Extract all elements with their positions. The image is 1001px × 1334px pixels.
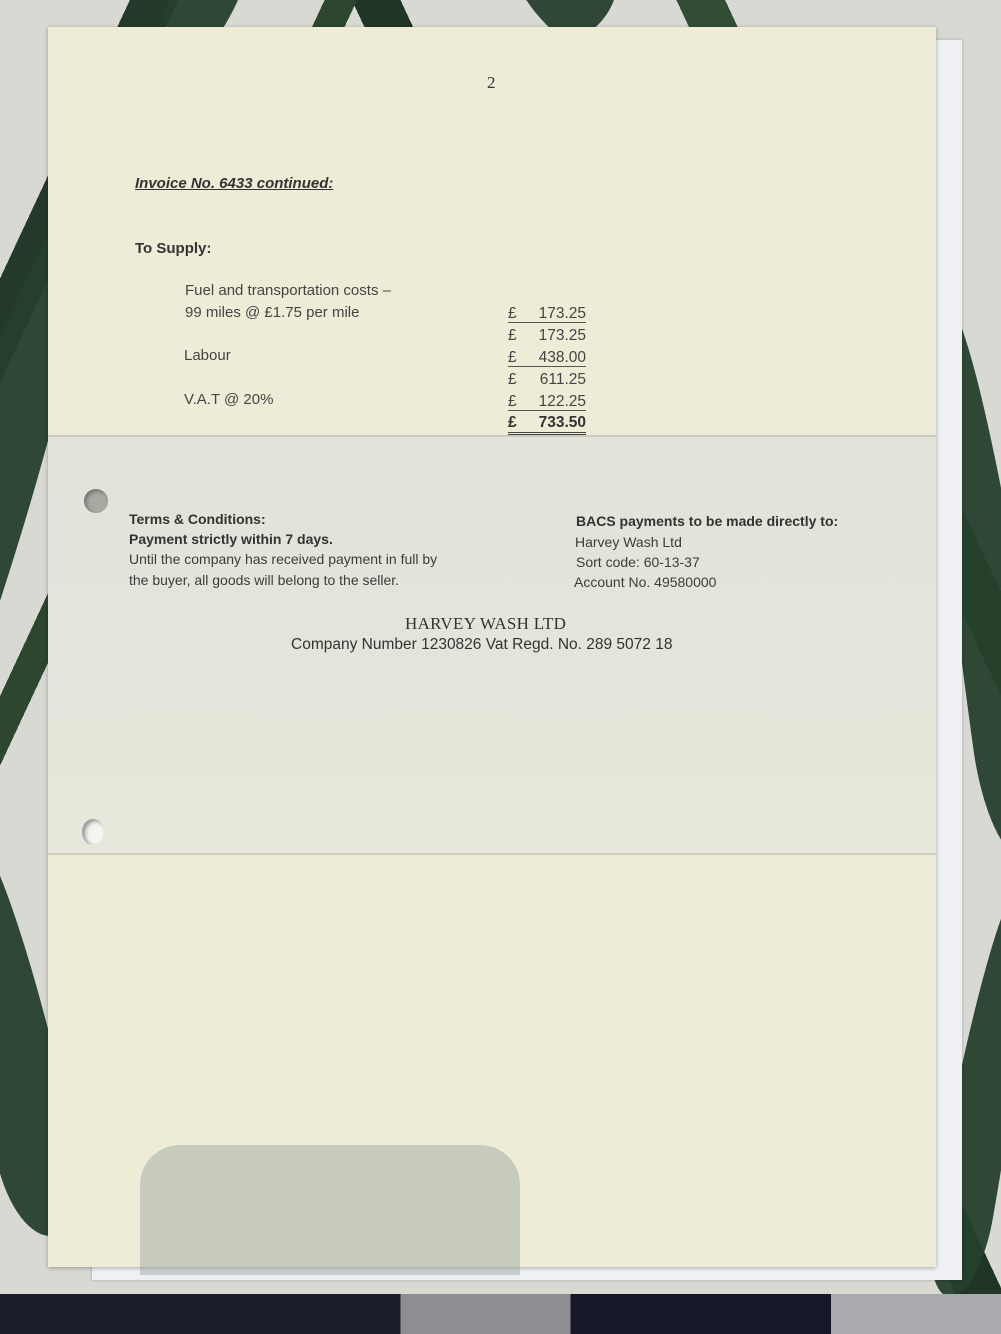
amount-value: 733.50 [539, 414, 586, 432]
currency-symbol: £ [508, 305, 517, 322]
terms-title: Terms & Conditions: [129, 511, 266, 527]
invoice-page: 2 Invoice No. 6433 continued: To Supply:… [48, 27, 936, 1267]
amount-fuel: £ 173.25 [508, 305, 586, 323]
company-name: HARVEY WASH LTD [405, 614, 566, 634]
punch-hole [84, 489, 108, 513]
terms-body-line-1: Until the company has received payment i… [129, 549, 437, 570]
currency-symbol: £ [508, 414, 517, 432]
item-label-fuel-line1: Fuel and transportation costs – [185, 282, 391, 299]
item-label-vat: V.A.T @ 20% [184, 391, 273, 408]
terms-body-line-2: the buyer, all goods will belong to the … [129, 570, 399, 591]
amount-total: £ 733.50 [508, 414, 586, 435]
bacs-payee: Harvey Wash Ltd [575, 534, 682, 550]
fold-line [48, 435, 936, 437]
phone-shadow [140, 1145, 520, 1275]
item-label-labour: Labour [184, 347, 231, 364]
amount-value: 173.25 [539, 305, 586, 322]
bacs-title: BACS payments to be made directly to: [576, 513, 838, 529]
terms-payment-line: Payment strictly within 7 days. [129, 531, 333, 547]
bacs-sort-code: Sort code: 60-13-37 [576, 554, 700, 570]
invoice-heading: Invoice No. 6433 continued: [135, 175, 333, 192]
currency-symbol: £ [508, 327, 517, 345]
company-details: Company Number 1230826 Vat Regd. No. 289… [291, 636, 672, 654]
item-label-fuel-line2: 99 miles @ £1.75 per mile [185, 304, 359, 321]
amount-value: 438.00 [539, 349, 586, 366]
amount-subtotal-2: £ 611.25 [508, 371, 586, 389]
fold-line [48, 853, 936, 855]
amount-vat: £ 122.25 [508, 393, 586, 411]
bacs-account-number: Account No. 49580000 [574, 574, 716, 590]
currency-symbol: £ [508, 371, 517, 389]
section-label: To Supply: [135, 240, 211, 257]
currency-symbol: £ [508, 349, 517, 366]
currency-symbol: £ [508, 393, 517, 410]
amount-subtotal-1: £ 173.25 [508, 327, 586, 345]
amount-value: 611.25 [540, 371, 586, 389]
amount-labour: £ 438.00 [508, 349, 586, 367]
torn-punch-hole [82, 819, 104, 845]
amount-value: 122.25 [539, 393, 586, 410]
background-floor [0, 1294, 1001, 1334]
amount-value: 173.25 [539, 327, 586, 345]
page-number: 2 [487, 73, 496, 93]
